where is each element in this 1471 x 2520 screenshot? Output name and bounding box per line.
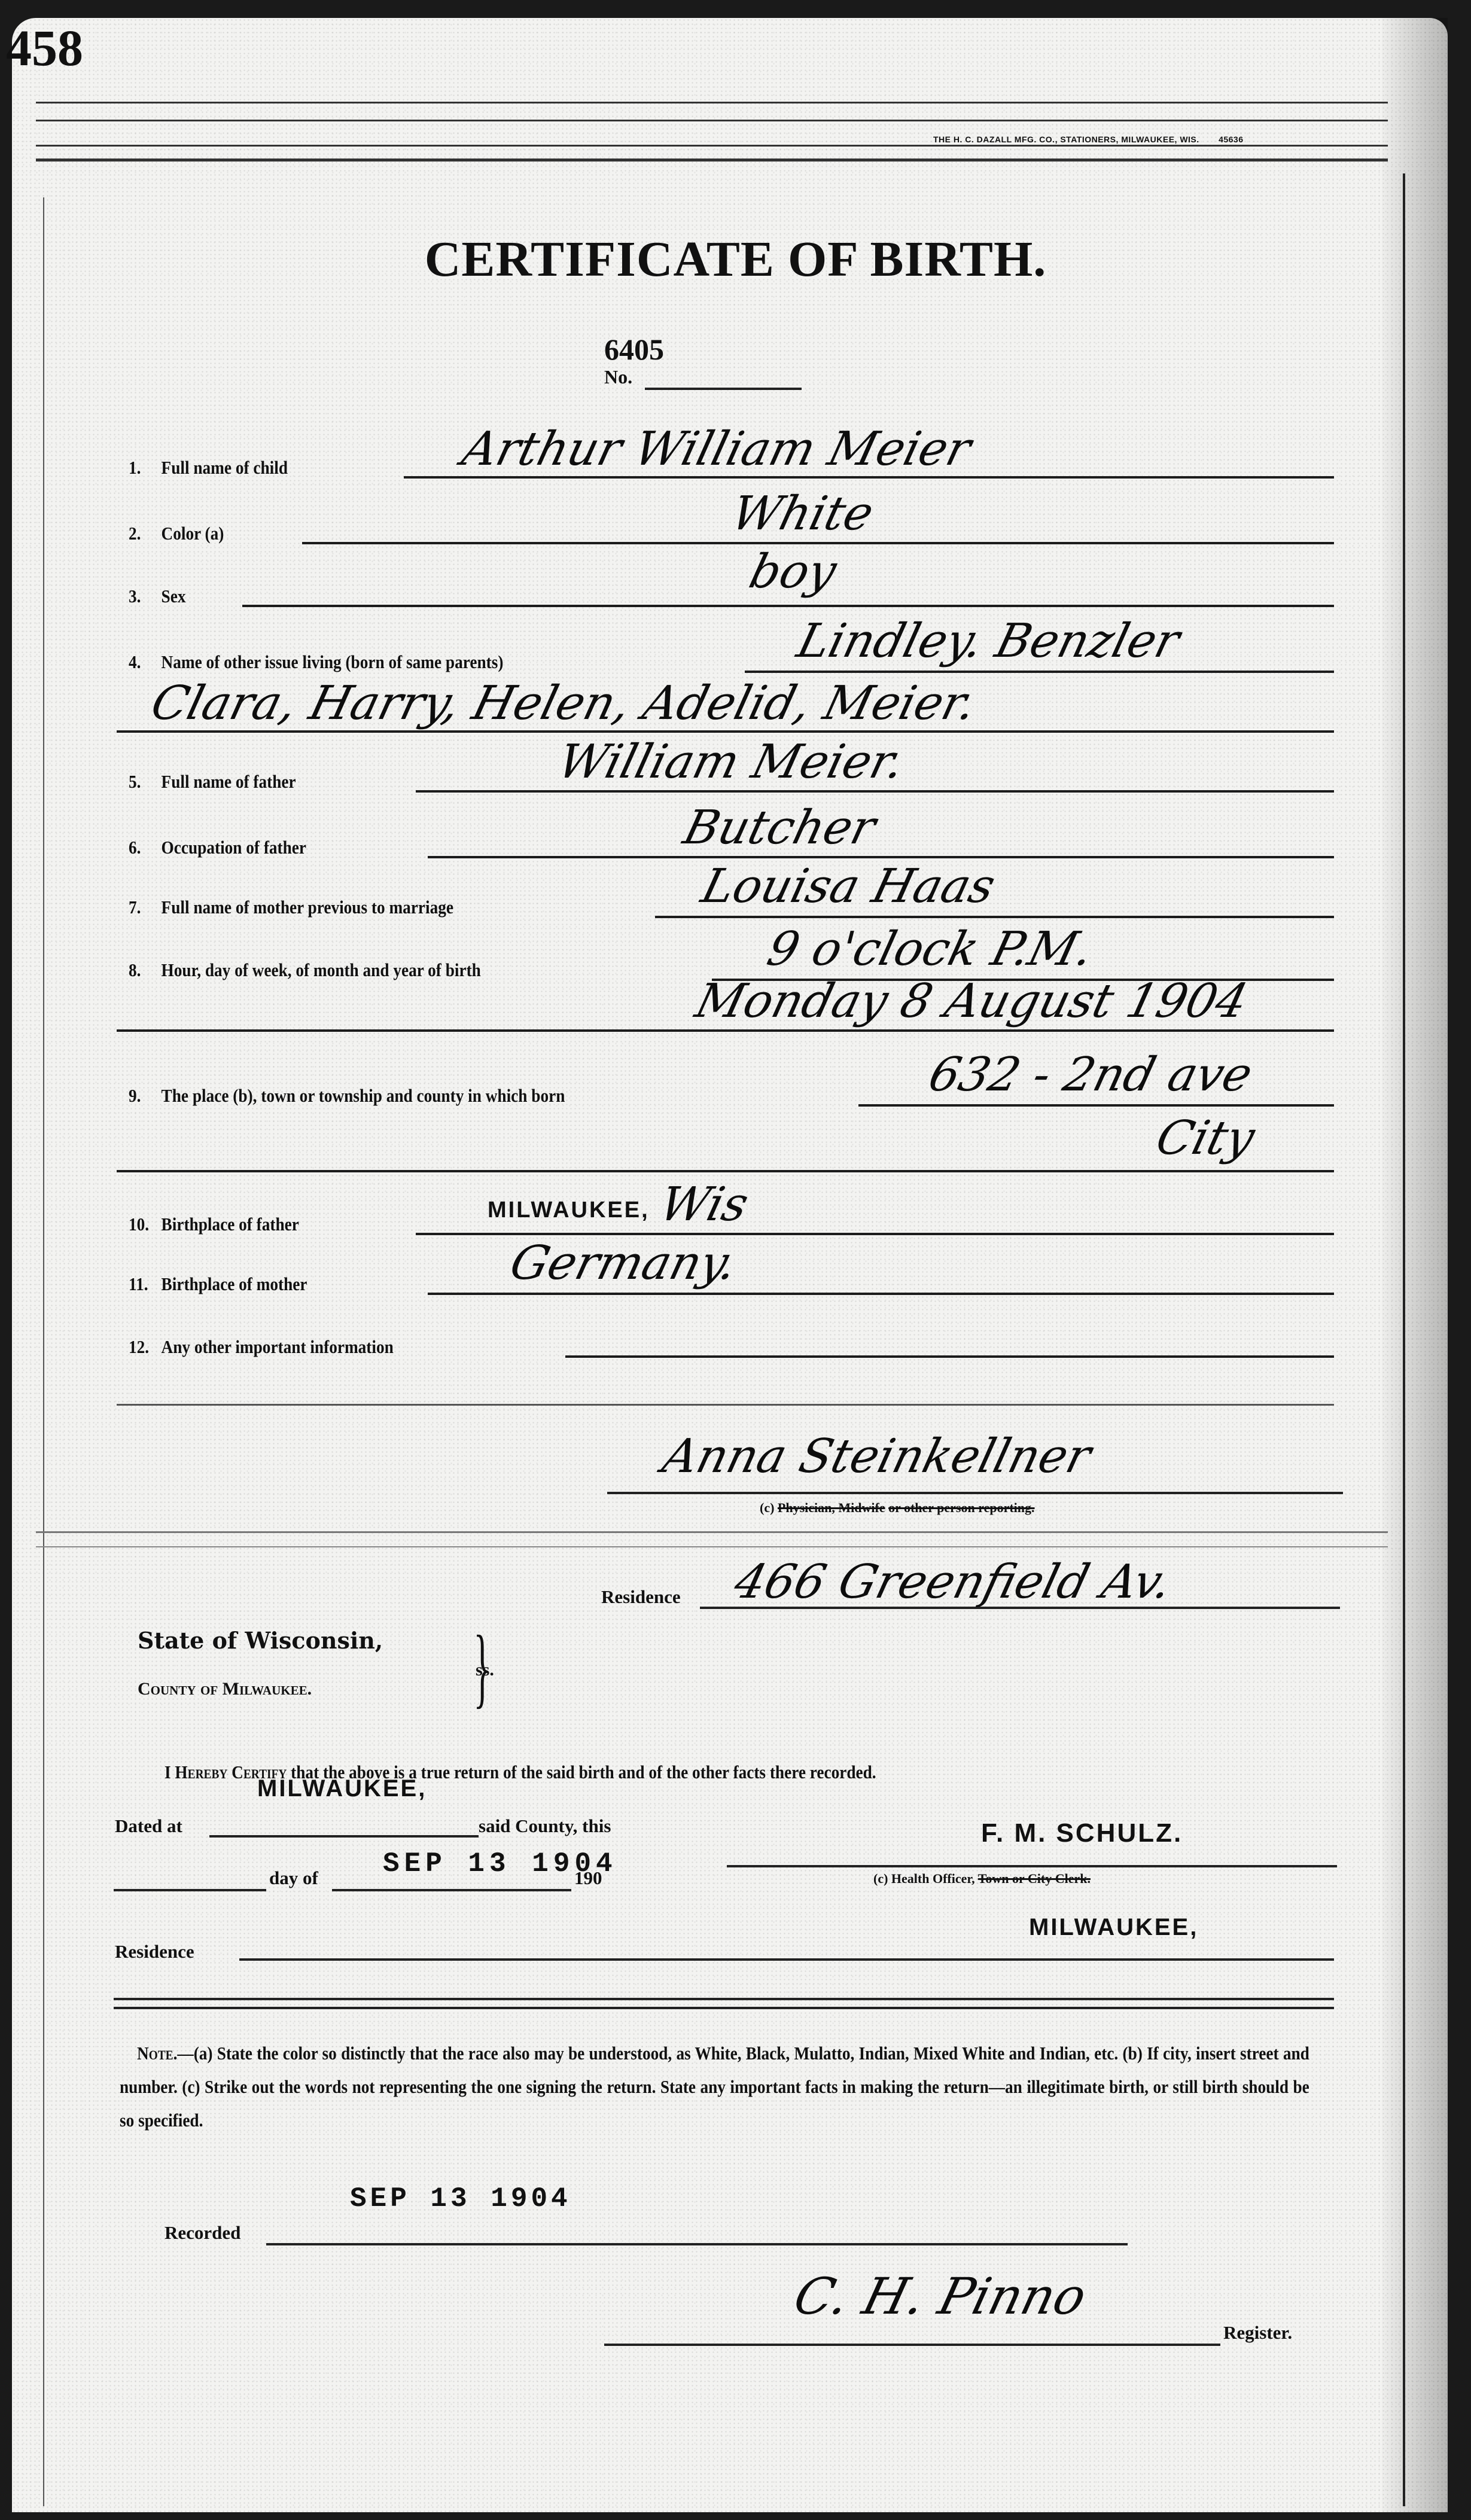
reporter-residence-label: Residence: [601, 1586, 681, 1608]
ledger-page-number: 458: [6, 18, 83, 78]
double-rule-top: [114, 1998, 1334, 2000]
right-border-rule: [1403, 173, 1405, 2506]
day-of-label: day of: [269, 1867, 318, 1889]
field-other-issue-line2: Clara, Harry, Helen, Adelid, Meier.: [129, 676, 1334, 733]
field-mother-birthplace: 11.Birthplace of mother Germany.: [129, 1235, 1334, 1295]
reporter-signature-line: [607, 1492, 1343, 1494]
field-value: City: [1151, 1111, 1260, 1165]
document-title: CERTIFICATE OF BIRTH.: [0, 230, 1471, 288]
field-birth-time: 8.Hour, day of week, of month and year o…: [129, 921, 1334, 981]
left-border-rule: [43, 197, 44, 2506]
officer-name-stamp: F. M. SCHULZ.: [981, 1818, 1183, 1848]
field-label: Full name of child: [162, 457, 288, 478]
field-label: Full name of father: [162, 771, 296, 792]
field-value: Clara, Harry, Helen, Adelid, Meier.: [146, 677, 982, 730]
divider: [36, 1531, 1388, 1533]
field-value: boy: [744, 545, 842, 599]
milwaukee-stamp: MILWAUKEE,: [488, 1197, 650, 1223]
double-rule-bottom: [114, 2007, 1334, 2009]
footnote: Note.—(a) State the color so distinctly …: [120, 2037, 1309, 2137]
reporter-signature: Anna Steinkellner: [657, 1430, 1097, 1483]
field-other-information: 12.Any other important information: [129, 1298, 1334, 1358]
officer-residence-stamp: MILWAUKEE,: [1029, 1914, 1198, 1941]
field-birth-date: Monday 8 August 1904: [129, 981, 1334, 1032]
register-signature: C. H. Pinno: [788, 2267, 1092, 2326]
officer-signature-line: [727, 1865, 1337, 1867]
field-other-issue: 4.Name of other issue living (born of sa…: [129, 610, 1334, 673]
field-value: Butcher: [678, 801, 881, 855]
field-value: Louisa Haas: [696, 860, 1001, 913]
divider: [36, 1546, 1388, 1547]
field-value: White: [726, 487, 879, 541]
reporter-residence: 466 Greenfield Av.: [729, 1555, 1177, 1609]
form-number: 45636: [1219, 135, 1243, 144]
field-label: Sex: [162, 586, 186, 607]
field-child-name: 1.Full name of child Arthur William Meie…: [129, 419, 1334, 479]
field-value: Monday 8 August 1904: [690, 974, 1253, 1028]
officer-caption: (c) Health Officer, Town or City Clerk.: [873, 1871, 1091, 1887]
field-label: Full name of mother previous to marriage: [162, 897, 453, 918]
field-label: Name of other issue living (born of same…: [162, 651, 504, 672]
imprint-text: The H. C. Dazall Mfg. Co., Stationers, M…: [933, 135, 1199, 144]
field-color: 2.Color (a) White: [129, 485, 1334, 544]
field-mother-maiden-name: 7.Full name of mother previous to marria…: [129, 858, 1334, 918]
page-edge-shadow: [1382, 18, 1448, 2512]
certificate-number-line: [645, 388, 802, 390]
recorded-date-stamp: SEP 13 1904: [350, 2183, 571, 2214]
register-line: [604, 2344, 1220, 2346]
field-father-name: 5.Full name of father William Meier.: [129, 733, 1334, 793]
field-label: Birthplace of mother: [162, 1273, 307, 1294]
said-county-label: said County, this: [479, 1815, 611, 1837]
field-value: Arthur William Meier: [457, 422, 976, 476]
reporter-caption: (c) Physician, Midwife or other person r…: [760, 1500, 1035, 1516]
field-birth-place-line2: City: [129, 1113, 1334, 1172]
field-father-birthplace: 10.Birthplace of father MILWAUKEE, Wis: [129, 1175, 1334, 1235]
field-label: The place (b), town or township and coun…: [162, 1085, 565, 1106]
field-value: William Meier.: [553, 735, 910, 789]
dated-at-label: Dated at: [115, 1815, 182, 1837]
year-prefix: 190: [574, 1867, 602, 1889]
recorded-label: Recorded: [165, 2222, 240, 2244]
day-line: [114, 1889, 266, 1891]
officer-residence-line: [239, 1958, 1334, 1961]
field-label: Birthplace of father: [162, 1214, 299, 1235]
field-birth-place: 9.The place (b), town or township and co…: [129, 1047, 1334, 1107]
printer-imprint: The H. C. Dazall Mfg. Co., Stationers, M…: [933, 135, 1244, 144]
register-label: Register.: [1223, 2322, 1292, 2344]
field-label: Color (a): [162, 523, 224, 544]
field-sex: 3.Sex boy: [129, 547, 1334, 607]
field-value: 632 - 2nd ave: [924, 1048, 1258, 1102]
field-value: Wis: [654, 1178, 754, 1232]
field-label: Hour, day of week, of month and year of …: [162, 959, 481, 980]
venue-county: County of Milwaukee.: [138, 1679, 383, 1699]
venue-ss: ss.: [476, 1660, 494, 1680]
field-label: Occupation of father: [162, 837, 306, 858]
field-value: Germany.: [505, 1236, 742, 1290]
venue-state: State of Wisconsin,: [138, 1627, 383, 1654]
field-father-occupation: 6.Occupation of father Butcher: [129, 796, 1334, 858]
certificate-number: 6405: [604, 332, 664, 367]
certificate-number-label: No.: [604, 366, 632, 388]
field-value: Lindley. Benzler: [792, 614, 1185, 668]
field-blank-line: [129, 1358, 1334, 1406]
dated-at-line: [209, 1835, 479, 1838]
field-label: Any other important information: [162, 1336, 394, 1357]
field-value: 9 o'clock P.M.: [762, 922, 1099, 976]
month-line: [332, 1889, 571, 1891]
officer-residence-label: Residence: [115, 1941, 194, 1963]
recorded-line: [266, 2243, 1128, 2245]
dated-at-stamp: MILWAUKEE,: [257, 1775, 427, 1802]
venue-block: State of Wisconsin, County of Milwaukee.: [138, 1627, 383, 1699]
